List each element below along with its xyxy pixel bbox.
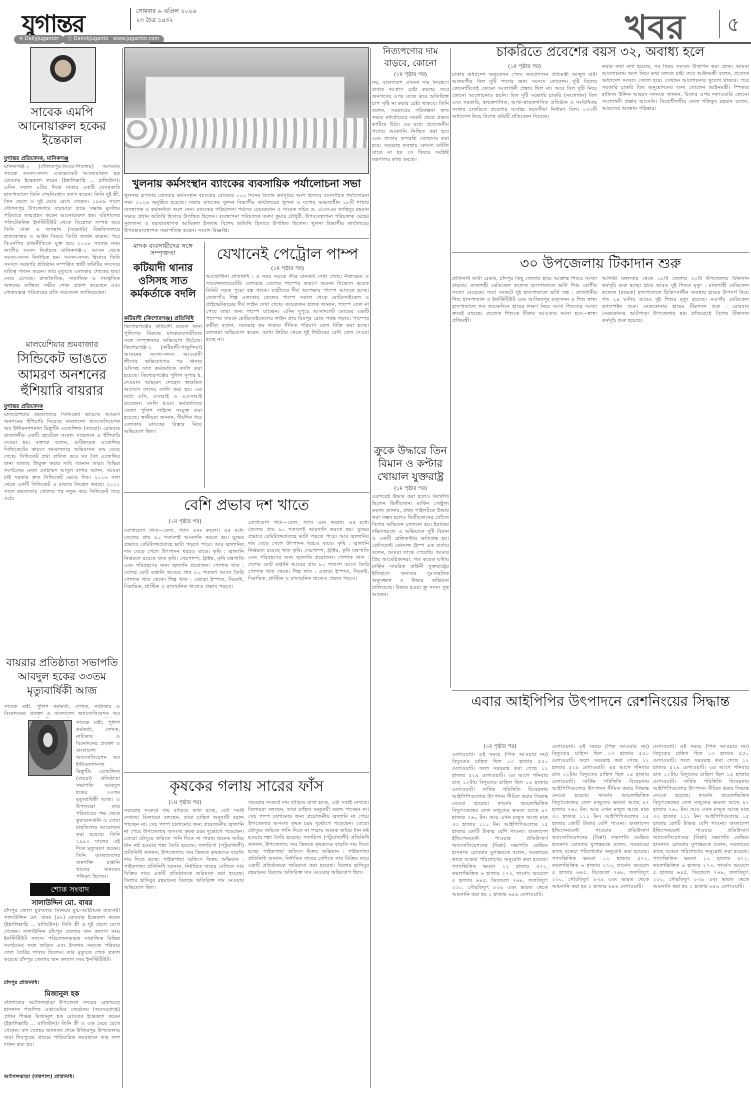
continued-label: (১ম পৃষ্ঠার পর) <box>452 64 597 72</box>
social-x-link[interactable]: ✕ DailyJugantor <box>14 35 64 44</box>
body-job-age-col1: চাকরি অধ্যাদেশ অনুমোদন পেল। জনপ্রশাসন প্… <box>452 72 597 250</box>
byline-bayra-strike: যুগান্তর প্রতিবেদক <box>4 404 120 412</box>
body-bayra-founder-intro: সাবেক মন্ত্রী, পুলিশ কর্মকর্তা, লেখক, না… <box>4 704 120 718</box>
kicker-katiadi: মাদক ব্যবসায়ীদের সঙ্গে সম্পৃক্ততা <box>124 243 202 258</box>
continued-label: (১ম পৃষ্ঠার পর) <box>372 72 449 80</box>
masthead-date: সোমবার ৬ এপ্রিল ২০২৬ ২৩ চৈত্র ১৪৩২ <box>136 7 196 25</box>
body-vaccination-col1: প্রতিনিধি ডাটা রেকর্ড, চাঁদপুর কিছু জেলা… <box>452 276 597 686</box>
facebook-icon: ⓕ <box>67 36 74 42</box>
body-ipp-col2: মেগাওয়াট। এই সময়ে (পিক আওয়ার নয়) বিদ… <box>552 744 649 1088</box>
section-rule <box>452 252 749 253</box>
body-nityapanya: নয়, বাংলাদেশ এখনো দাম নিয়ন্ত্রণে রাখার… <box>372 80 449 415</box>
condolence-body-1: চাঁদপুর জেলা যুবদলের সিনিয়র যুগ্ম-আহ্বা… <box>4 908 120 980</box>
section-rule <box>124 492 369 493</box>
headline-job-age: চাকরিতে প্রবেশের বয়স ৩২, অবাধ্য হলে <box>452 46 749 61</box>
continued-label: (১ম পৃষ্ঠার পর) <box>452 744 548 752</box>
body-bayra-founder: সাবেক মন্ত্রী, পুলিশ কর্মকর্তা, লেখক, না… <box>76 720 120 880</box>
body-ipp-col1: মেগাওয়াট। এই সময়ে (পিক আওয়ার নয়) বিদ… <box>452 752 548 1088</box>
body-job-age-col2: করার কথা বলা হয়েছে, সব বিষয় সংসদে উত্থ… <box>602 64 749 250</box>
condolence-credit-1: চাঁদপুর প্রতিনিধি। <box>4 980 120 988</box>
column-rule <box>450 48 451 688</box>
condolence-body-2: বরিশালের আগৈলঝাড়া উপজেলা সদরের রেফায়েত… <box>4 1000 120 1072</box>
portrait-abdul-haque <box>28 720 72 776</box>
headline-ipp-rationing: এবার আইপিপির উৎপাদনে রেশনিংয়ের সিদ্ধান্… <box>452 694 749 710</box>
column-rule <box>204 242 205 488</box>
headline-khulna-bank: খুলনায় কর্মসংস্থান ব্যাংকের ব্যবসায়িক … <box>124 178 369 190</box>
continued-label: (১ম পৃষ্ঠার পর) <box>372 486 449 494</box>
body-ipp-col3: মেগাওয়াট। এই সময়ে (পিক আওয়ার নয়) বিদ… <box>653 744 749 1088</box>
condolence-name-1: সালাউদ্দিন মো. বাবর <box>4 899 120 907</box>
headline-remittance: বেশি প্রভাব দশ খাতে <box>124 497 369 514</box>
body-trump-rescue: এরপরেই উদ্ধার করা হলেও নিখোঁজ ছিলেন দ্বি… <box>372 494 449 1084</box>
page-number-divider <box>719 10 720 38</box>
body-katiadi: কিশোরগঞ্জের কটিয়াদী মডেল থানা পুলিশের ব… <box>124 324 202 488</box>
continued-label: (১ম পৃষ্ঠার পর) <box>124 800 246 808</box>
body-fertilizer-col2: সরবরাহ সংকটে দাম বাড়িয়ে রাখা হচ্ছে, এট… <box>248 800 369 1088</box>
headline-bayra-strike: সিন্ডিকেট ভাঙতে আমরণ অনশনের হুঁশিয়ারি ব… <box>4 352 120 400</box>
byline-katiadi: কটিয়াদী (কিশোরগঞ্জ) প্রতিনিধি <box>124 316 202 324</box>
headline-trump-rescue: ক্রুকে উদ্ধারে তিন বিমান ও কপ্টার খোয়াল… <box>372 445 449 484</box>
continued-label: (১ম পৃষ্ঠার পর) <box>206 266 369 274</box>
body-remittance-col1: যোগাযোগ খাত—তেল, গ্যাস এবং কয়লা। এর মধ্… <box>124 528 244 768</box>
condolence-credit-2: আগৈলঝাড়া (বরিশাল) প্রতিনিধি। <box>4 1074 120 1082</box>
headline-bayra-founder: বায়রার প্রতিষ্ঠাতা সভাপতি আবদুল হকের ৩৩… <box>4 656 120 698</box>
body-khulna-bank: খুলনার রূপসায় রোববার কর্মসংস্থান ব্যাংক… <box>124 193 369 235</box>
photo-khulna-bank-meeting <box>124 47 369 174</box>
section-rule <box>124 238 369 239</box>
column-rule <box>122 48 123 1088</box>
headline-vaccination: ৩০ উপজেলায় টিকাদান শুরু <box>452 256 749 272</box>
portrait-anwarul-haque <box>30 47 96 103</box>
kicker-bayra-strike: মালয়েশিয়ার শ্রমবাজার <box>4 340 120 349</box>
photo-banner <box>145 76 345 121</box>
condolence-name-2: মিজানুল হক <box>4 990 120 998</box>
condolence-bar: শোক সংবাদ <box>30 883 110 896</box>
headline-petrol: যেখানেই পেট্রোল পাম্প <box>206 246 369 263</box>
headline-obit-mp: সাবেক এমপি আনোয়ারুল হকের ইন্তেকাল <box>4 106 120 147</box>
section-rule <box>124 772 369 773</box>
section-rule <box>452 690 749 691</box>
headline-fertilizer: কৃষকের গলায় সারের ফাঁস <box>124 778 369 795</box>
headline-nityapanya: নিত্যপণ্যের দাম বাড়বে, কোনো <box>372 46 449 70</box>
byline-obit-mp: যুগান্তর প্রতিবেদক, মানিকগঞ্জ <box>4 156 120 164</box>
body-vaccination-col2: আগামী মঙ্গলবার থেকে ১৮টি জেলার ৩০টি উপজে… <box>602 276 749 686</box>
masthead-divider <box>130 8 131 30</box>
column-rule <box>370 48 371 1088</box>
page-number: ৫ <box>727 10 740 43</box>
body-petrol: আর্জেন্টিনা প্রতিনিধি : এ সময় সড়কে তীব… <box>206 274 369 488</box>
body-bayra-strike: মালয়েশিয়ার শ্রমবাজারে সিন্ডিকেট ভাঙতে … <box>4 412 120 652</box>
body-fertilizer-col1: সরবরাহ সংকটে দাম বাড়িয়ে রাখা হচ্ছে, এট… <box>124 808 244 1088</box>
body-obit-mp: মানিকগঞ্জ-১ (দৌলতপুর-ঘিওর-শিবালয়) আসনের… <box>4 164 120 336</box>
body-remittance-col2: যোগাযোগ খাত—তেল, গ্যাস এবং কয়লা। এর মধ্… <box>248 520 369 768</box>
date-gregorian: সোমবার ৬ এপ্রিল ২০২৬ <box>136 7 196 16</box>
photo-flowers <box>125 118 368 148</box>
headline-katiadi: কটিয়াদী থানার ওসিসহ সাত কর্মকর্তাকে বদল… <box>124 262 202 301</box>
date-bengali: ২৩ চৈত্র ১৪৩২ <box>136 16 196 25</box>
continued-label: (১ম পৃষ্ঠার পর) <box>124 519 246 527</box>
